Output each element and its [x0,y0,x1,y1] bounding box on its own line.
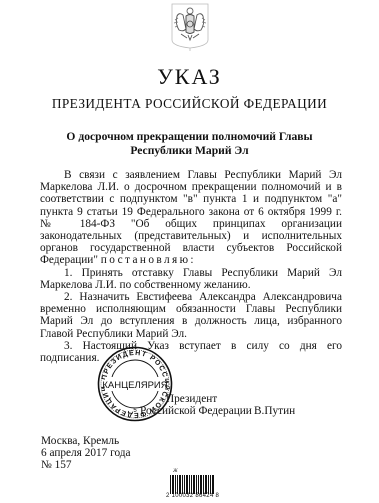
coat-of-arms-icon [169,2,211,54]
decree-heading-line1: О досрочном прекращении полномочий Главы [0,130,379,144]
barcode-icon [168,473,218,495]
svg-text:КАНЦЕЛЯРИЯ: КАНЦЕЛЯРИЯ [102,380,167,391]
issue-date: 6 апреля 2017 года [41,447,131,459]
decree-body: В связи с заявлением Главы Республики Ма… [40,169,342,364]
document-title: УКАЗ [0,64,379,90]
signature-title-line1: Президент [166,393,217,405]
decree-heading-line2: Республики Марий Эл [0,144,379,158]
barcode-number: 2 100032 86424 8 [166,493,219,499]
issue-details: Москва, Кремль 6 апреля 2017 года № 157 [41,435,131,471]
decree-item-1: 1. Принять отставку Главы Республики Мар… [40,267,342,291]
document-subtitle: ПРЕЗИДЕНТА РОССИЙСКОЙ ФЕДЕРАЦИИ [0,96,379,112]
preamble: В связи с заявлением Главы Республики Ма… [40,169,342,267]
preamble-text: В связи с заявлением Главы Республики Ма… [40,169,342,266]
decree-heading: О досрочном прекращении полномочий Главы… [0,130,379,158]
decree-item-3: 3. Настоящий Указ вступает в силу со дня… [40,340,342,364]
decree-item-2: 2. Назначить Евстифеева Александра Алекс… [40,291,342,340]
signature-name: В.Путин [254,405,295,417]
signature-title-line2: Российской Федерации [140,405,252,417]
issue-place: Москва, Кремль [41,435,131,447]
decree-word: постановляю: [101,254,196,266]
issue-number: № 157 [41,459,131,471]
